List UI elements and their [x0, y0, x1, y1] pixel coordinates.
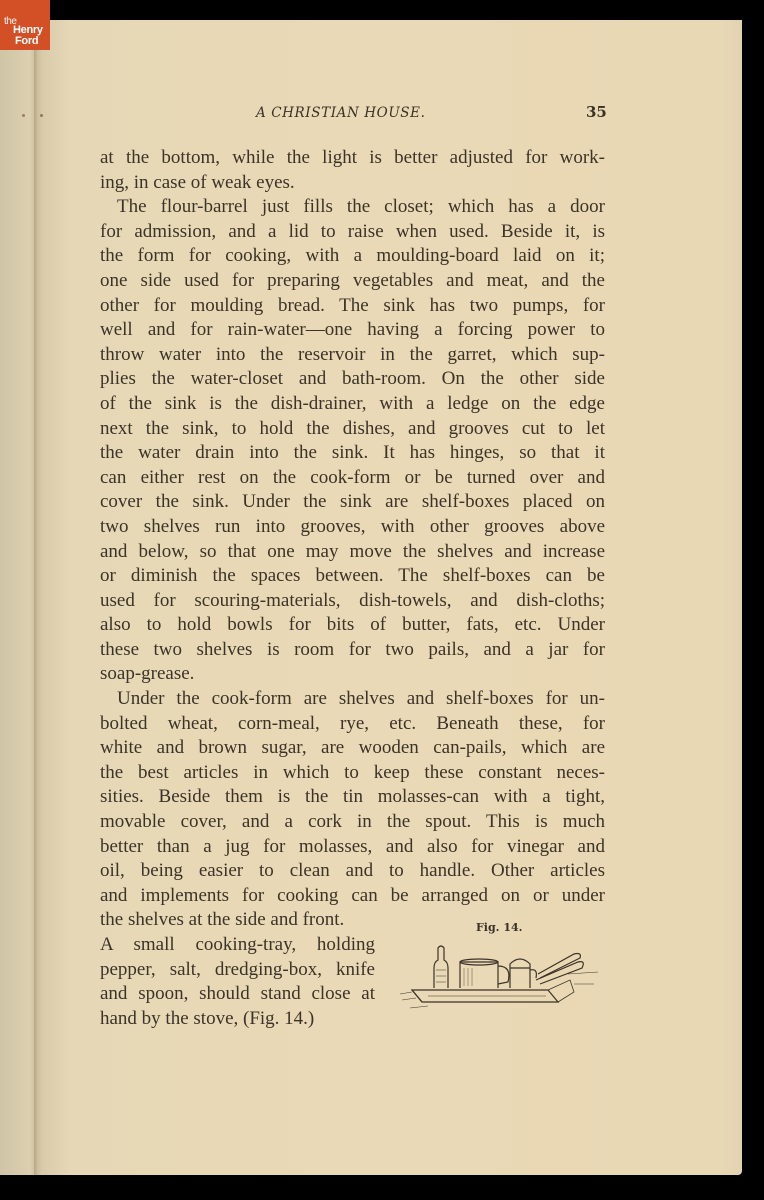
text-line: one side used for preparing vegetables a…	[100, 269, 605, 294]
body-text: at the bottom, while the light is better…	[100, 146, 605, 1031]
text-line: ing, in case of weak eyes.	[100, 171, 605, 196]
text-line: two shelves run into grooves, with other…	[100, 515, 605, 540]
text-line: The flour-barrel just fills the closet; …	[100, 195, 605, 220]
text-line: the water drain into the sink. It has hi…	[100, 441, 605, 466]
text-line: of the sink is the dish-drainer, with a …	[100, 392, 605, 417]
text-line: other for moulding bread. The sink has t…	[100, 294, 605, 319]
text-line: Under the cook-form are shelves and shel…	[100, 687, 605, 712]
text-line: the best articles in which to keep these…	[100, 761, 605, 786]
text-line: cover the sink. Under the sink are shelf…	[100, 490, 605, 515]
text-line: also to hold bowls for bits of butter, f…	[100, 613, 605, 638]
text-line: throw water into the reservoir in the ga…	[100, 343, 605, 368]
text-line: the form for cooking, with a moulding-bo…	[100, 244, 605, 269]
paper-spot	[40, 114, 43, 117]
text-line: and implements for cooking can be arrang…	[100, 884, 605, 909]
text-line: soap-grease.	[100, 662, 605, 687]
figure-caption: Fig. 14.	[476, 921, 522, 934]
text-line: for admission, and a lid to raise when u…	[100, 220, 605, 245]
text-line: these two shelves is room for two pails,…	[100, 638, 605, 663]
cooking-tray-illustration	[398, 940, 606, 1012]
text-line: bolted wheat, corn-meal, rye, etc. Benea…	[100, 712, 605, 737]
text-line: can either rest on the cook-form or be t…	[100, 466, 605, 491]
page-number: 35	[586, 103, 607, 121]
text-line: movable cover, and a cork in the spout. …	[100, 810, 605, 835]
text-line: the shelves at the side and front.	[100, 908, 605, 933]
text-line: at the bottom, while the light is better…	[100, 146, 605, 171]
running-title: A CHRISTIAN HOUSE.	[256, 105, 426, 121]
text-line: next the sink, to hold the dishes, and g…	[100, 417, 605, 442]
text-line: plies the water-closet and bath-room. On…	[100, 367, 605, 392]
text-line: and below, so that one may move the shel…	[100, 540, 605, 565]
text-line: sities. Beside them is the tin molasses-…	[100, 785, 605, 810]
text-line: hand by the stove, (Fig. 14.)	[100, 1007, 375, 1032]
text-line: oil, being easier to clean and to handle…	[100, 859, 605, 884]
text-line: better than a jug for molasses, and also…	[100, 835, 605, 860]
text-line: or diminish the spaces between. The shel…	[100, 564, 605, 589]
paper-spot	[22, 114, 25, 117]
text-line: and spoon, should stand close at	[100, 982, 375, 1007]
henry-ford-logo: the Henry Ford	[0, 0, 50, 50]
text-line: used for scouring-materials, dish-towels…	[100, 589, 605, 614]
page-gutter	[34, 20, 37, 1175]
text-line: white and brown sugar, are wooden can-pa…	[100, 736, 605, 761]
logo-ford: Ford	[15, 36, 38, 47]
text-line: pepper, salt, dredging-box, knife	[100, 958, 375, 983]
text-line: A small cooking-tray, holding	[100, 933, 375, 958]
text-line: well and for rain-water—one having a for…	[100, 318, 605, 343]
